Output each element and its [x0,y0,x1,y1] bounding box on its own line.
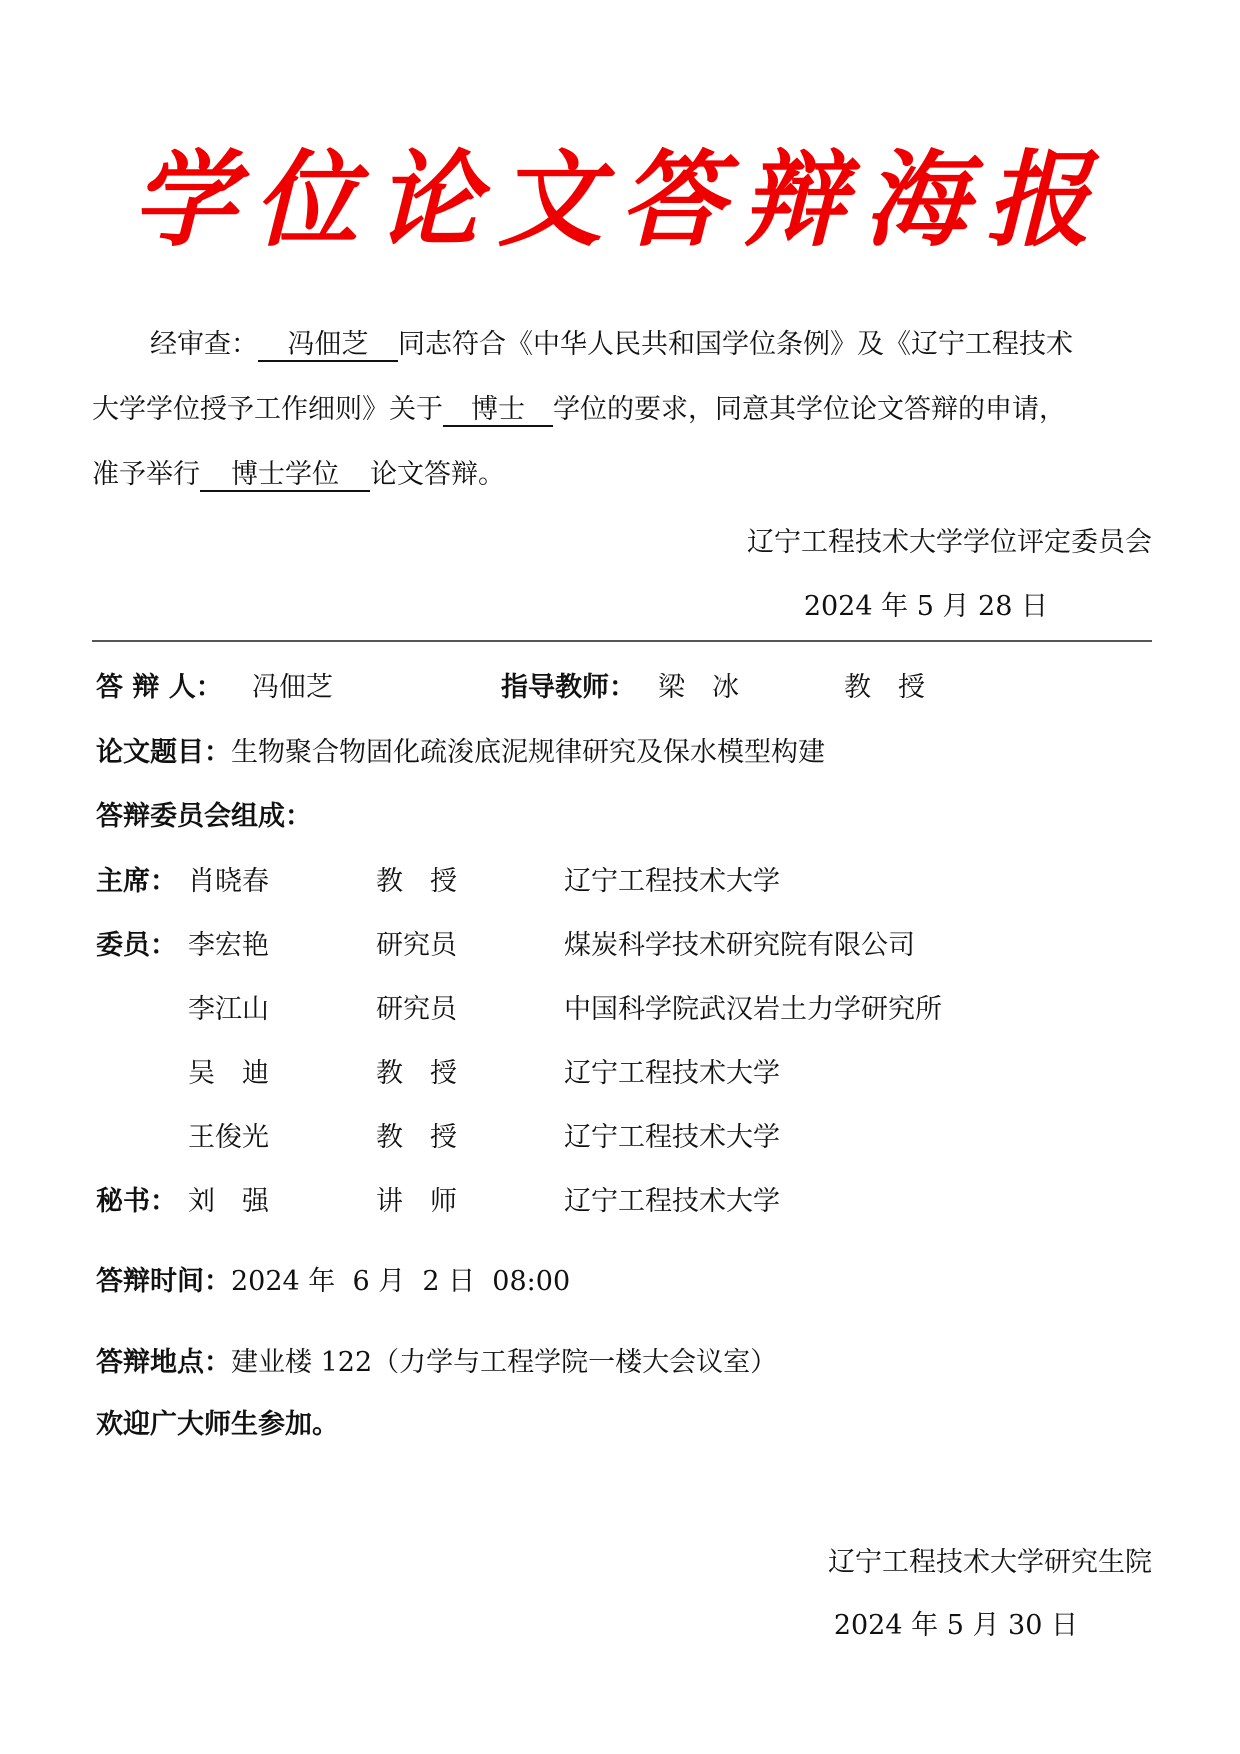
member-role: 主席： [96,862,177,902]
defender-label: 答 辩 人： [96,668,223,708]
candidate-name: 冯佃芝 [258,330,398,362]
advisor-title: 教 授 [844,668,925,708]
member-org: 煤炭科学技术研究院有限公司 [564,926,915,966]
advisor-label: 指导教师： [501,668,636,708]
defense-place-row: 答辩地点：建业楼 122（力学与工程学院一楼大会议室） [96,1343,777,1383]
member-name: 吴 迪 [188,1054,269,1094]
committee-member: 秘书： 刘 强 讲 师 辽宁工程技术大学 [96,1182,1156,1222]
defender-name: 冯佃芝 [252,668,333,708]
place-label: 答辩地点： [96,1347,231,1378]
committee-member: 委员： 李宏艳 研究员 煤炭科学技术研究院有限公司 [96,926,1156,966]
member-name: 王俊光 [188,1118,269,1158]
approval-issuer: 辽宁工程技术大学学位评定委员会 [747,520,1152,559]
member-title: 研究员 [376,990,457,1030]
member-title: 讲 师 [376,1182,457,1222]
member-name: 肖晓春 [188,862,269,902]
welcome-text: 欢迎广大师生参加。 [96,1405,339,1445]
member-title: 教 授 [376,1118,457,1158]
member-org: 中国科学院武汉岩土力学研究所 [564,990,942,1030]
member-title: 教 授 [376,862,457,902]
member-org: 辽宁工程技术大学 [564,1054,780,1094]
committee-label: 答辩委员会组成： [96,797,312,837]
member-org: 辽宁工程技术大学 [564,1182,780,1222]
approval-paragraph: 经审查：冯佃芝同志符合《中华人民共和国学位条例》及《辽宁工程技术 大学学位授予工… [92,312,1152,507]
approval-text-3a: 准予举行 [92,459,200,490]
committee-member: 李江山 研究员 中国科学院武汉岩土力学研究所 [96,990,1156,1030]
footer-issuer: 辽宁工程技术大学研究生院 [828,1540,1152,1579]
member-role: 委员： [96,926,177,966]
divider [92,640,1152,642]
member-org: 辽宁工程技术大学 [564,1118,780,1158]
degree-full: 博士学位 [200,460,370,492]
member-title: 教 授 [376,1054,457,1094]
defender-row: 答 辩 人： 冯佃芝 指导教师： 梁 冰 教 授 [96,668,1156,708]
committee-member: 吴 迪 教 授 辽宁工程技术大学 [96,1054,1156,1094]
advisor-name: 梁 冰 [658,668,739,708]
approval-text-2b: 学位的要求，同意其学位论文答辩的申请， [553,394,1066,425]
approval-text-2a: 大学学位授予工作细则》关于 [92,394,443,425]
member-title: 研究员 [376,926,457,966]
committee-member: 主席： 肖晓春 教 授 辽宁工程技术大学 [96,862,1156,902]
footer-date: 2024 年 5 月 30 日 [834,1603,1078,1642]
degree: 博士 [443,395,553,427]
defense-time: 2024 年 6 月 2 日 08:00 [231,1266,570,1297]
member-name: 李宏艳 [188,926,269,966]
topic: 生物聚合物固化疏浚底泥规律研究及保水模型构建 [231,737,825,768]
time-label: 答辩时间： [96,1266,231,1297]
member-name: 李江山 [188,990,269,1030]
topic-row: 论文题目：生物聚合物固化疏浚底泥规律研究及保水模型构建 [96,733,825,773]
member-role: 秘书： [96,1182,177,1222]
approval-prefix: 经审查： [150,329,258,360]
committee-member: 王俊光 教 授 辽宁工程技术大学 [96,1118,1156,1158]
member-name: 刘 强 [188,1182,269,1222]
approval-text-1: 同志符合《中华人民共和国学位条例》及《辽宁工程技术 [398,329,1073,360]
approval-text-3b: 论文答辩。 [370,459,505,490]
poster-title: 学位论文答辩海报 [0,140,1240,260]
defense-place: 建业楼 122（力学与工程学院一楼大会议室） [231,1347,777,1378]
member-org: 辽宁工程技术大学 [564,862,780,902]
topic-label: 论文题目： [96,737,231,768]
approval-date: 2024 年 5 月 28 日 [804,584,1048,623]
defense-time-row: 答辩时间：2024 年 6 月 2 日 08:00 [96,1262,570,1302]
